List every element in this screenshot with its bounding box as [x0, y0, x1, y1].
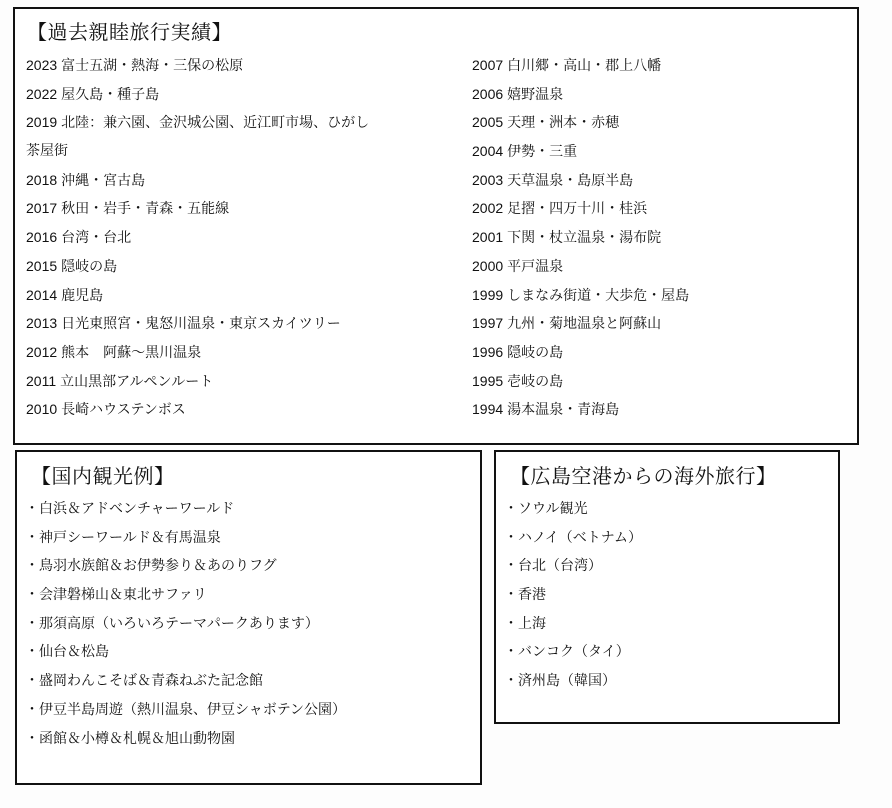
bullet-icon: ・ [504, 524, 516, 553]
bullet-icon: ・ [25, 696, 37, 725]
bullet-icon: ・ [504, 581, 516, 610]
trip-row: 2018沖縄・宮古島 [26, 166, 456, 195]
bullet-icon: ・ [25, 524, 37, 553]
list-item: ・ソウル観光 [504, 495, 642, 524]
list-item: ・上海 [504, 610, 642, 639]
list-item: ・那須高原（いろいろテーマパークあります） [25, 610, 346, 639]
trip-destination: 沖縄・宮古島 [61, 173, 145, 189]
trip-destination: 天草温泉・島原半島 [507, 173, 633, 189]
trip-year: 2004 [472, 143, 503, 159]
trip-year: 2017 [26, 200, 57, 216]
trip-row: 2019北陸：兼六園、金沢城公園、近江町市場、ひがし [26, 108, 456, 137]
trip-row: 2015隠岐の島 [26, 252, 456, 281]
trip-year: 1999 [472, 287, 503, 303]
trip-row: 2007白川郷・高山・郡上八幡 [472, 51, 852, 80]
trip-year: 1996 [472, 344, 503, 360]
list-item: ・盛岡わんこそば＆青森ねぶた記念館 [25, 667, 346, 696]
trip-destination: 湯本温泉・青海島 [507, 402, 619, 418]
trip-year: 2011 [26, 373, 56, 389]
trip-row: 2003天草温泉・島原半島 [472, 166, 852, 195]
bullet-icon: ・ [25, 495, 37, 524]
list-item: ・函館＆小樽＆札幌＆旭山動物園 [25, 725, 346, 754]
trip-row: 1997九州・菊地温泉と阿蘇山 [472, 309, 852, 338]
trip-row: 2016台湾・台北 [26, 223, 456, 252]
past-trips-left-column: 2023富士五湖・熱海・三保の松原 2022屋久島・種子島 2019北陸：兼六園… [26, 51, 456, 424]
domestic-sightseeing-list: ・白浜＆アドベンチャーワールド ・神戸シーワールド＆有馬温泉 ・鳥羽水族館＆お伊… [25, 495, 346, 753]
trip-year: 2013 [26, 315, 57, 331]
trip-year: 1994 [472, 401, 503, 417]
trip-destination: 茶屋街 [26, 143, 68, 159]
trip-year: 1995 [472, 373, 503, 389]
trip-year: 2023 [26, 57, 57, 73]
trip-destination: 隠岐の島 [61, 259, 117, 275]
trip-row: 1999しまなみ街道・大歩危・屋島 [472, 281, 852, 310]
past-trips-right-column: 2007白川郷・高山・郡上八幡 2006嬉野温泉 2005天理・洲本・赤穂 20… [472, 51, 852, 424]
trip-year: 2022 [26, 86, 57, 102]
trip-year: 2000 [472, 258, 503, 274]
trip-year: 2019 [26, 114, 57, 130]
list-item: ・香港 [504, 581, 642, 610]
trip-year: 2007 [472, 57, 503, 73]
trip-year: 2012 [26, 344, 57, 360]
bullet-icon: ・ [25, 552, 37, 581]
list-item: ・会津磐梯山＆東北サファリ [25, 581, 346, 610]
trip-row: 2000平戸温泉 [472, 252, 852, 281]
bullet-icon: ・ [25, 581, 37, 610]
trip-destination: 北陸：兼六園、金沢城公園、近江町市場、ひがし [61, 115, 369, 131]
trip-destination: 下関・杖立温泉・湯布院 [507, 230, 661, 246]
trip-destination: 日光東照宮・鬼怒川温泉・東京スカイツリー [61, 316, 341, 332]
trip-destination: 長崎ハウステンボス [61, 402, 186, 418]
list-item: ・台北（台湾） [504, 552, 642, 581]
past-trips-box: 【過去親睦旅行実績】 2023富士五湖・熱海・三保の松原 2022屋久島・種子島… [13, 7, 859, 445]
bullet-icon: ・ [504, 667, 516, 696]
trip-year: 2010 [26, 401, 57, 417]
trip-destination: 伊勢・三重 [507, 144, 577, 160]
trip-destination: 天理・洲本・赤穂 [507, 115, 619, 131]
list-item: ・仙台＆松島 [25, 638, 346, 667]
bullet-icon: ・ [25, 667, 37, 696]
trip-year: 1997 [472, 315, 503, 331]
bullet-icon: ・ [25, 725, 37, 754]
trip-row: 2005天理・洲本・赤穂 [472, 108, 852, 137]
list-item: ・鳥羽水族館＆お伊勢参り＆あのりフグ [25, 552, 346, 581]
trip-destination: しまなみ街道・大歩危・屋島 [507, 288, 689, 304]
trip-row: 2010長崎ハウステンボス [26, 395, 456, 424]
bullet-icon: ・ [25, 638, 37, 667]
trip-row: 2014鹿児島 [26, 281, 456, 310]
trip-destination: 平戸温泉 [507, 259, 563, 275]
trip-row: 2023富士五湖・熱海・三保の松原 [26, 51, 456, 80]
trip-row: 2002足摺・四万十川・桂浜 [472, 194, 852, 223]
trip-year: 2015 [26, 258, 57, 274]
bullet-icon: ・ [25, 610, 37, 639]
trip-destination: 足摺・四万十川・桂浜 [507, 201, 647, 217]
trip-year: 2001 [472, 229, 503, 245]
trip-destination: 白川郷・高山・郡上八幡 [507, 58, 661, 74]
trip-row: 2017秋田・岩手・青森・五能線 [26, 194, 456, 223]
trip-destination: 台湾・台北 [61, 230, 131, 246]
trip-row-continuation: 茶屋街 [26, 137, 456, 166]
domestic-sightseeing-box: 【国内観光例】 ・白浜＆アドベンチャーワールド ・神戸シーワールド＆有馬温泉 ・… [15, 450, 482, 785]
trip-row: 2001下関・杖立温泉・湯布院 [472, 223, 852, 252]
trip-year: 2014 [26, 287, 57, 303]
trip-row: 2022屋久島・種子島 [26, 80, 456, 109]
trip-destination: 屋久島・種子島 [61, 87, 159, 103]
list-item: ・白浜＆アドベンチャーワールド [25, 495, 346, 524]
list-item: ・済州島（韓国） [504, 667, 642, 696]
trip-year: 2005 [472, 114, 503, 130]
list-item: ・神戸シーワールド＆有馬温泉 [25, 524, 346, 553]
overseas-travel-title: 【広島空港からの海外旅行】 [510, 464, 777, 488]
trip-year: 2002 [472, 200, 503, 216]
trip-row: 1996隠岐の島 [472, 338, 852, 367]
trip-year: 2016 [26, 229, 57, 245]
trip-row: 2012熊本 阿蘇～黒川温泉 [26, 338, 456, 367]
overseas-travel-box: 【広島空港からの海外旅行】 ・ソウル観光 ・ハノイ（ベトナム） ・台北（台湾） … [494, 450, 840, 724]
past-trips-title: 【過去親睦旅行実績】 [27, 20, 232, 44]
trip-destination: 壱岐の島 [507, 374, 563, 390]
bullet-icon: ・ [504, 638, 516, 667]
bullet-icon: ・ [504, 552, 516, 581]
bullet-icon: ・ [504, 495, 516, 524]
trip-row: 2006嬉野温泉 [472, 80, 852, 109]
trip-year: 2018 [26, 172, 57, 188]
trip-destination: 熊本 阿蘇～黒川温泉 [61, 345, 201, 361]
trip-year: 2003 [472, 172, 503, 188]
trip-year: 2006 [472, 86, 503, 102]
domestic-sightseeing-title: 【国内観光例】 [31, 464, 175, 488]
trip-row: 1995壱岐の島 [472, 367, 852, 396]
list-item: ・伊豆半島周遊（熱川温泉、伊豆シャボテン公園） [25, 696, 346, 725]
bullet-icon: ・ [504, 610, 516, 639]
trip-row: 2011立山黒部アルペンルート [26, 367, 456, 396]
trip-destination: 立山黒部アルペンルート [60, 374, 213, 390]
list-item: ・バンコク（タイ） [504, 638, 642, 667]
trip-destination: 隠岐の島 [507, 345, 563, 361]
trip-destination: 嬉野温泉 [507, 87, 563, 103]
trip-row: 2013日光東照宮・鬼怒川温泉・東京スカイツリー [26, 309, 456, 338]
overseas-travel-list: ・ソウル観光 ・ハノイ（ベトナム） ・台北（台湾） ・香港 ・上海 ・バンコク（… [504, 495, 642, 696]
trip-row: 1994湯本温泉・青海島 [472, 395, 852, 424]
trip-destination: 鹿児島 [61, 288, 103, 304]
trip-destination: 富士五湖・熱海・三保の松原 [61, 58, 243, 74]
trip-destination: 秋田・岩手・青森・五能線 [61, 201, 229, 217]
trip-destination: 九州・菊地温泉と阿蘇山 [507, 316, 661, 332]
list-item: ・ハノイ（ベトナム） [504, 524, 642, 553]
trip-row: 2004伊勢・三重 [472, 137, 852, 166]
